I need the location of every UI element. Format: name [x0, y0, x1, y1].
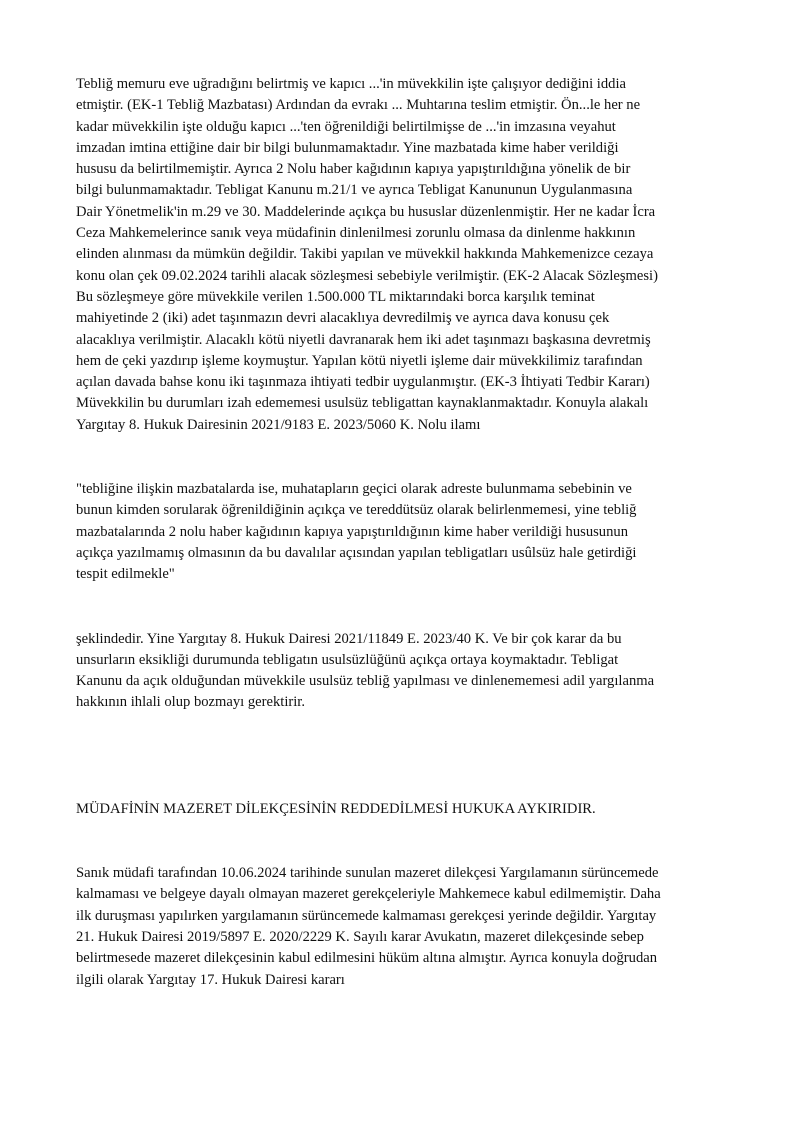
quoted-ruling: "tebliğine ilişkin mazbatalarda ise, muh…: [76, 479, 736, 585]
spacer: [76, 586, 736, 629]
text-line: imzadan imtina ettiğine dair bir bilgi b…: [76, 138, 736, 159]
text-line: kadar müvekkilin işte olduğu kapıcı ...'…: [76, 117, 736, 138]
text-line: Bu sözleşmeye göre müvekkile verilen 1.5…: [76, 287, 736, 308]
text-line: Ceza Mahkemelerince sanık veya müdafinin…: [76, 223, 736, 244]
text-line: mazbatalarında 2 nolu haber kağıdının ka…: [76, 522, 736, 543]
text-line: "tebliğine ilişkin mazbatalarda ise, muh…: [76, 479, 736, 500]
text-line: etmiştir. (EK-1 Tebliğ Mazbatası) Ardınd…: [76, 95, 736, 116]
text-line: tespit edilmekle": [76, 564, 736, 585]
text-line: Müvekkilin bu durumları izah edememesi u…: [76, 393, 736, 414]
spacer: [76, 436, 736, 479]
heading-text: MÜDAFİNİN MAZERET DİLEKÇESİNİN REDDEDİLM…: [76, 799, 736, 820]
spacer: [76, 714, 736, 799]
text-line: bunun kimden sorularak öğrenildiğinin aç…: [76, 500, 736, 521]
text-line: ilgili olarak Yargıtay 17. Hukuk Dairesi…: [76, 970, 736, 991]
text-line: mahiyetinde 2 (iki) adet taşınmazın devr…: [76, 308, 736, 329]
text-line: açılan davada bahse konu iki taşınmaza i…: [76, 372, 736, 393]
text-line: konu olan çek 09.02.2024 tarihli alacak …: [76, 266, 736, 287]
text-line: şeklindedir. Yine Yargıtay 8. Hukuk Dair…: [76, 629, 736, 650]
paragraph-excuse-petition: Sanık müdafi tarafından 10.06.2024 tarih…: [76, 863, 736, 991]
text-line: Tebliğ memuru eve uğradığını belirtmiş v…: [76, 74, 736, 95]
text-line: Dair Yönetmelik'in m.29 ve 30. Maddeleri…: [76, 202, 736, 223]
text-line: hakkının ihlali olup bozmayı gerektirir.: [76, 692, 736, 713]
text-line: hem de çeki yazdırıp işleme koymuştur. Y…: [76, 351, 736, 372]
section-heading: MÜDAFİNİN MAZERET DİLEKÇESİNİN REDDEDİLM…: [76, 799, 736, 820]
paragraph-notification-defects: Tebliğ memuru eve uğradığını belirtmiş v…: [76, 74, 736, 436]
text-line: 21. Hukuk Dairesi 2019/5897 E. 2020/2229…: [76, 927, 736, 948]
text-line: açıkça yazılmamış olmasının da bu davalı…: [76, 543, 736, 564]
text-line: belirtmesede mazeret dilekçesinin kabul …: [76, 948, 736, 969]
document-page: Tebliğ memuru eve uğradığını belirtmiş v…: [76, 74, 736, 991]
text-line: elinden alınması da mümkün değildir. Tak…: [76, 244, 736, 265]
text-line: ilk duruşması yapılırken yargılamanın sü…: [76, 906, 736, 927]
paragraph-conclusion: şeklindedir. Yine Yargıtay 8. Hukuk Dair…: [76, 629, 736, 714]
text-line: hususu da belirtilmemiştir. Ayrıca 2 Nol…: [76, 159, 736, 180]
text-line: alacaklıya verilmiştir. Alacaklı kötü ni…: [76, 330, 736, 351]
text-line: kalmaması ve belgeye dayalı olmayan maze…: [76, 884, 736, 905]
text-line: Kanunu da açık olduğundan müvekkile usul…: [76, 671, 736, 692]
text-line: Yargıtay 8. Hukuk Dairesinin 2021/9183 E…: [76, 415, 736, 436]
text-line: Sanık müdafi tarafından 10.06.2024 tarih…: [76, 863, 736, 884]
text-line: bilgi bulunmamaktadır. Tebligat Kanunu m…: [76, 180, 736, 201]
spacer: [76, 820, 736, 863]
text-line: unsurların eksikliği durumunda tebligatı…: [76, 650, 736, 671]
